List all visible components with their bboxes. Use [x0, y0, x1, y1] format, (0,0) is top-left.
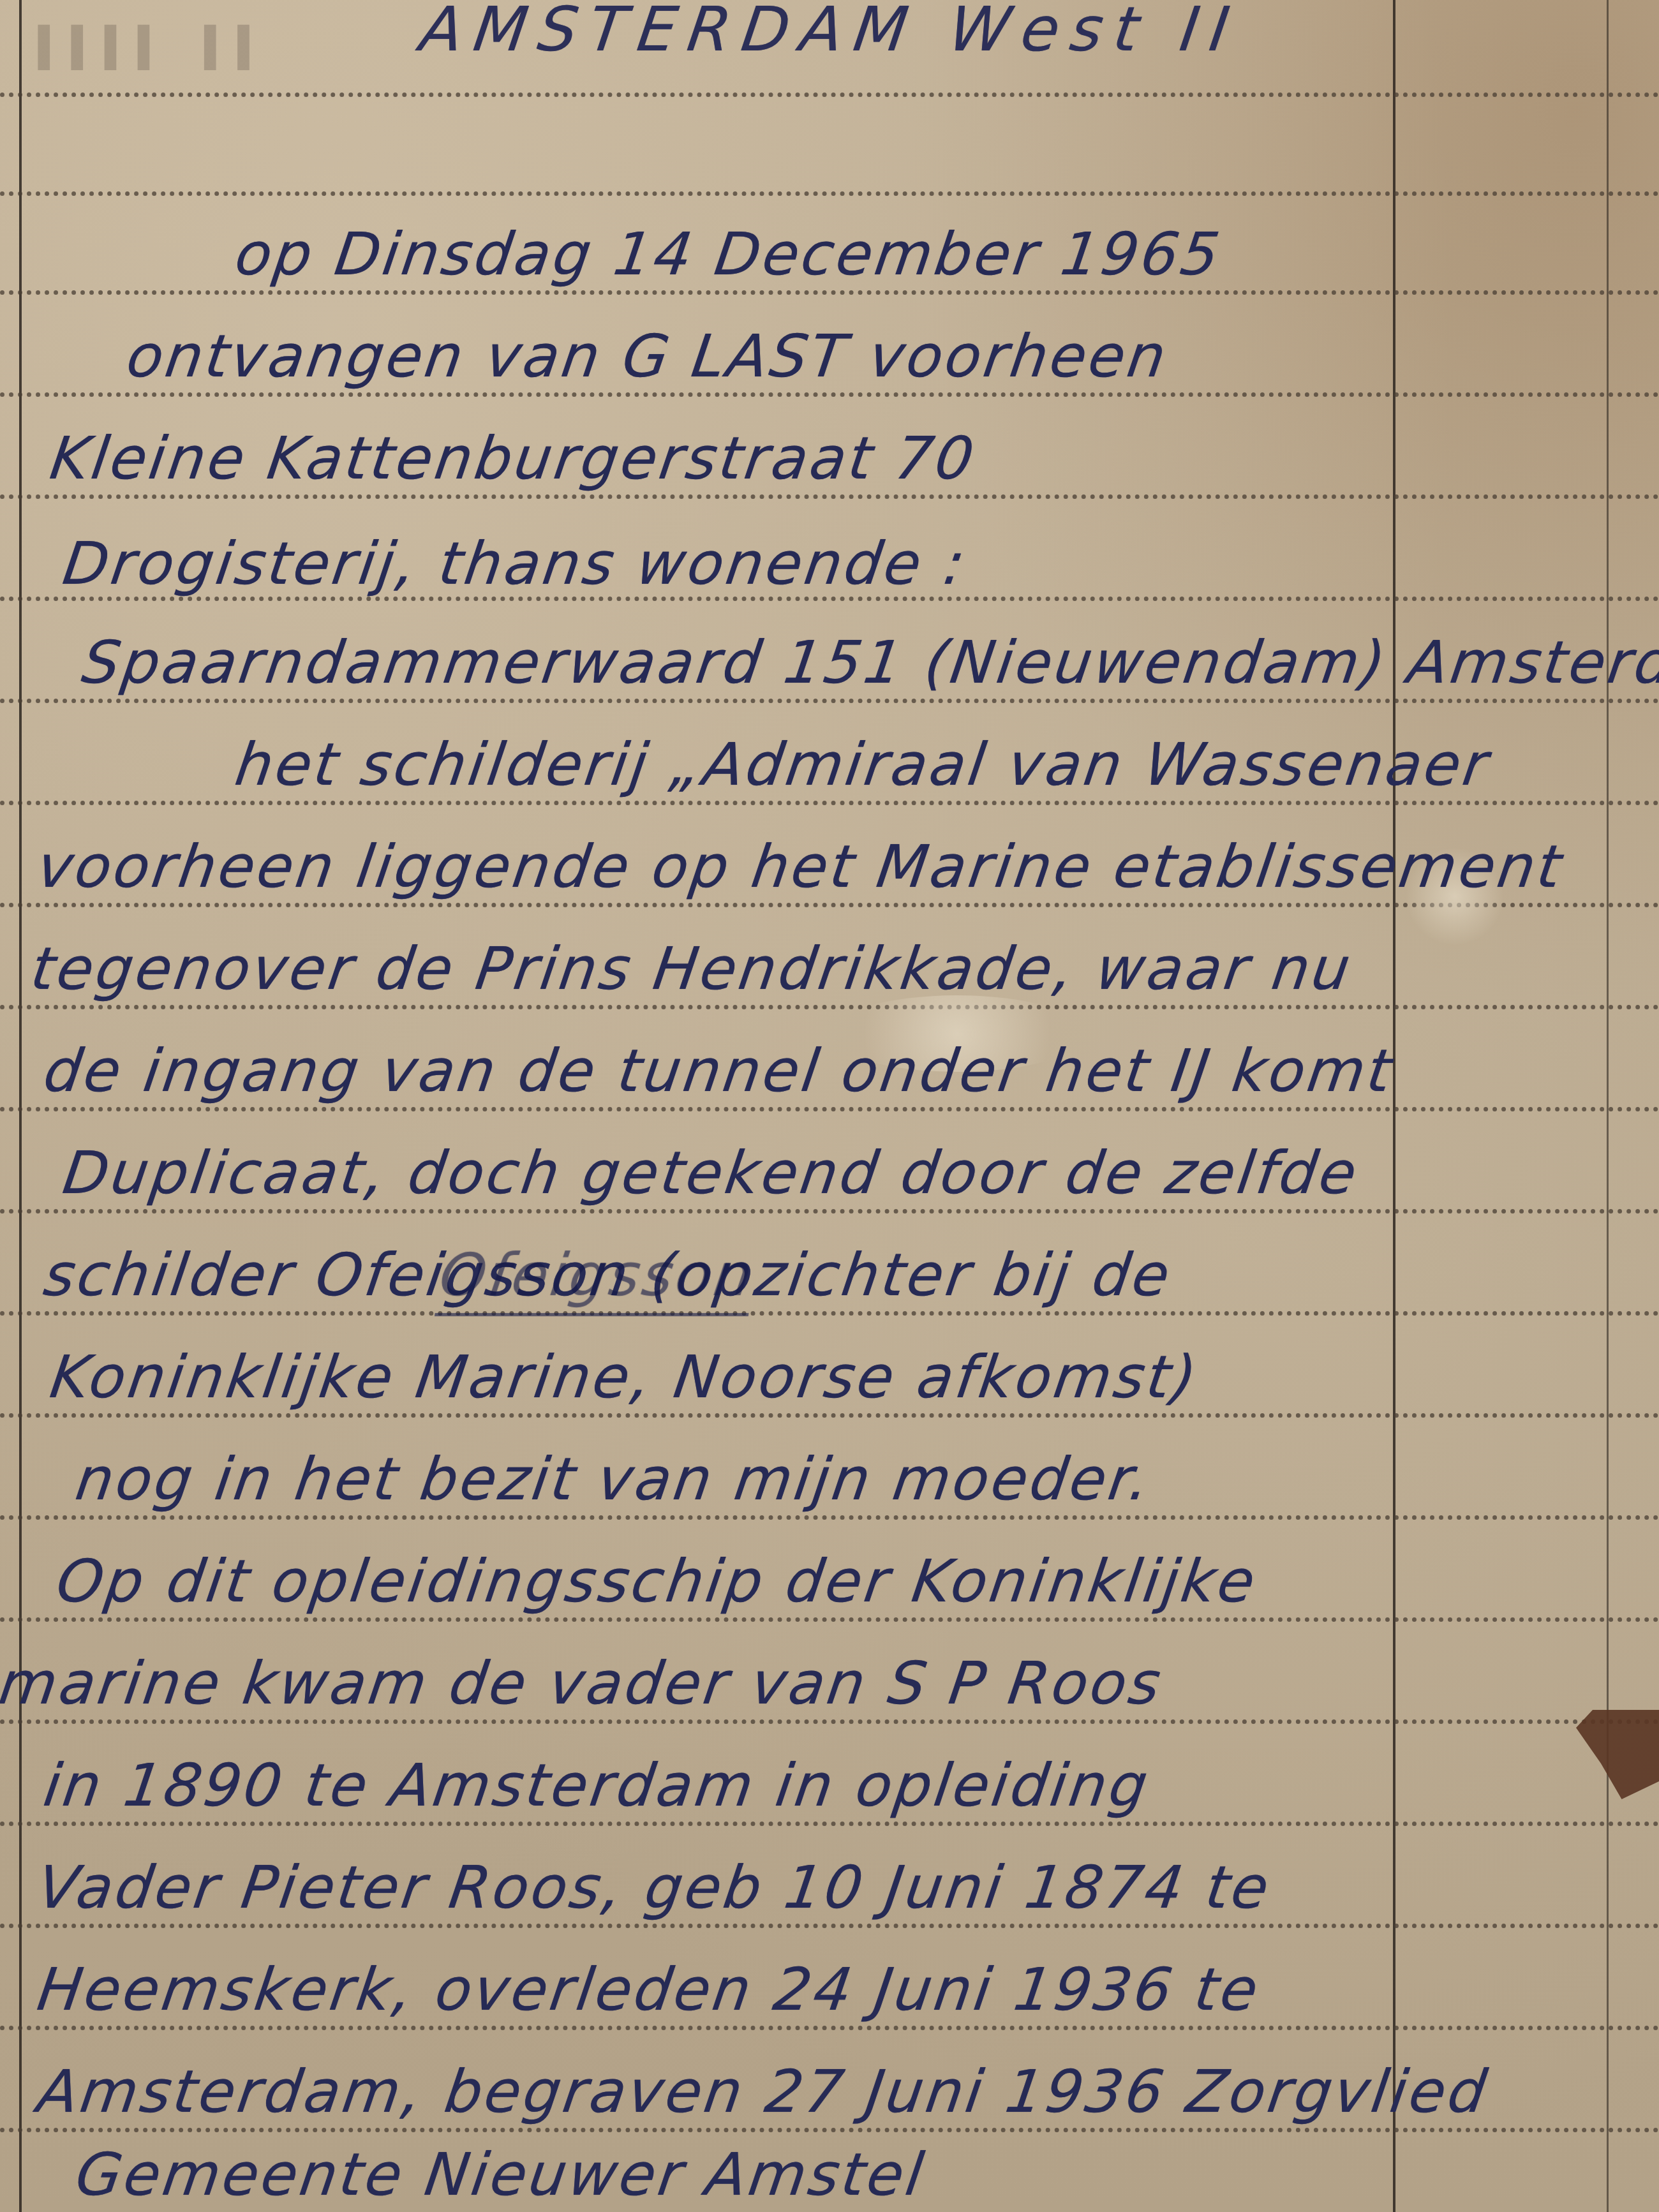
- ruled-line: [0, 1107, 1659, 1111]
- ruled-line: [0, 1209, 1659, 1214]
- ruled-line: [0, 699, 1659, 703]
- text-line-16: in 1890 te Amsterdam in opleiding: [40, 1751, 1154, 1820]
- text-line-9: de ingang van de tunnel onder het IJ kom…: [40, 1037, 1398, 1105]
- column-divider-line: [1393, 0, 1395, 2212]
- ledger-page: ▌▌▌▌ ▌▌ AMSTERDAM West II op Dinsdag 14 …: [0, 0, 1659, 2212]
- text-line-13: nog in het bezit van mijn moeder.: [71, 1445, 1156, 1513]
- page-title: AMSTERDAM West II: [416, 0, 1245, 65]
- left-margin-line: [19, 0, 22, 2212]
- ruled-line: [0, 93, 1659, 97]
- text-line-5: Spaarndammerwaard 151 (Nieuwendam) Amste…: [78, 628, 1659, 697]
- ruled-line: [0, 1515, 1659, 1520]
- ruled-line: [0, 191, 1659, 196]
- text-line-14: Op dit opleidingsschip der Koninklijke: [52, 1547, 1261, 1615]
- ruled-line: [0, 1822, 1659, 1826]
- ruled-line: [0, 1005, 1659, 1009]
- text-line-7: voorheen liggende op het Marine etabliss…: [33, 833, 1568, 901]
- paper-tear: [1576, 1710, 1659, 1799]
- ruled-line: [0, 494, 1659, 499]
- text-line-19: Amsterdam, begraven 27 Juni 1936 Zorgvli…: [33, 2058, 1492, 2126]
- text-line-17: Vader Pieter Roos, geb 10 Juni 1874 te: [33, 1853, 1275, 1922]
- right-column-line: [1607, 0, 1609, 2212]
- ruled-line: [0, 1924, 1659, 1928]
- text-line-18: Heemskerk, overleden 24 Juni 1936 te: [33, 1956, 1264, 2024]
- ruled-line: [0, 2026, 1659, 2030]
- ruled-line: [0, 1719, 1659, 1724]
- ruled-line: [0, 1617, 1659, 1622]
- text-line-6: het schilderij „Admiraal van Wassenaer: [231, 731, 1494, 799]
- ruled-line: [0, 2128, 1659, 2132]
- text-line-8: tegenover de Prins Hendrikkade, waar nu: [27, 935, 1357, 1003]
- text-line-2: ontvangen van G LAST voorheen: [123, 322, 1172, 390]
- text-line-20: Gemeente Nieuwer Amstel: [71, 2141, 930, 2209]
- ruled-line: [0, 290, 1659, 295]
- text-line-4: Drogisterij, thans wonende :: [59, 530, 971, 598]
- text-line-10: Duplicaat, doch getekend door de zelfde: [59, 1139, 1363, 1207]
- ruled-line: [0, 1311, 1659, 1316]
- text-line-11-underlined-word: Ofeigsson: [435, 1241, 759, 1309]
- text-line-3: Kleine Kattenburgerstraat 70: [46, 424, 980, 493]
- text-line-11: Ofeigsson schilder Ofeigsson (opzichter …: [40, 1241, 1176, 1309]
- text-line-1: op Dinsdag 14 December 1965: [231, 220, 1226, 288]
- ruled-line: [0, 801, 1659, 805]
- ruled-line: [0, 392, 1659, 397]
- text-line-15: marine kwam de vader van S P Roos: [0, 1649, 1167, 1718]
- faded-stamp-mark: ▌▌▌▌ ▌▌: [38, 26, 271, 70]
- ruled-line: [0, 1413, 1659, 1418]
- text-line-12: Koninklijke Marine, Noorse afkomst): [46, 1343, 1203, 1411]
